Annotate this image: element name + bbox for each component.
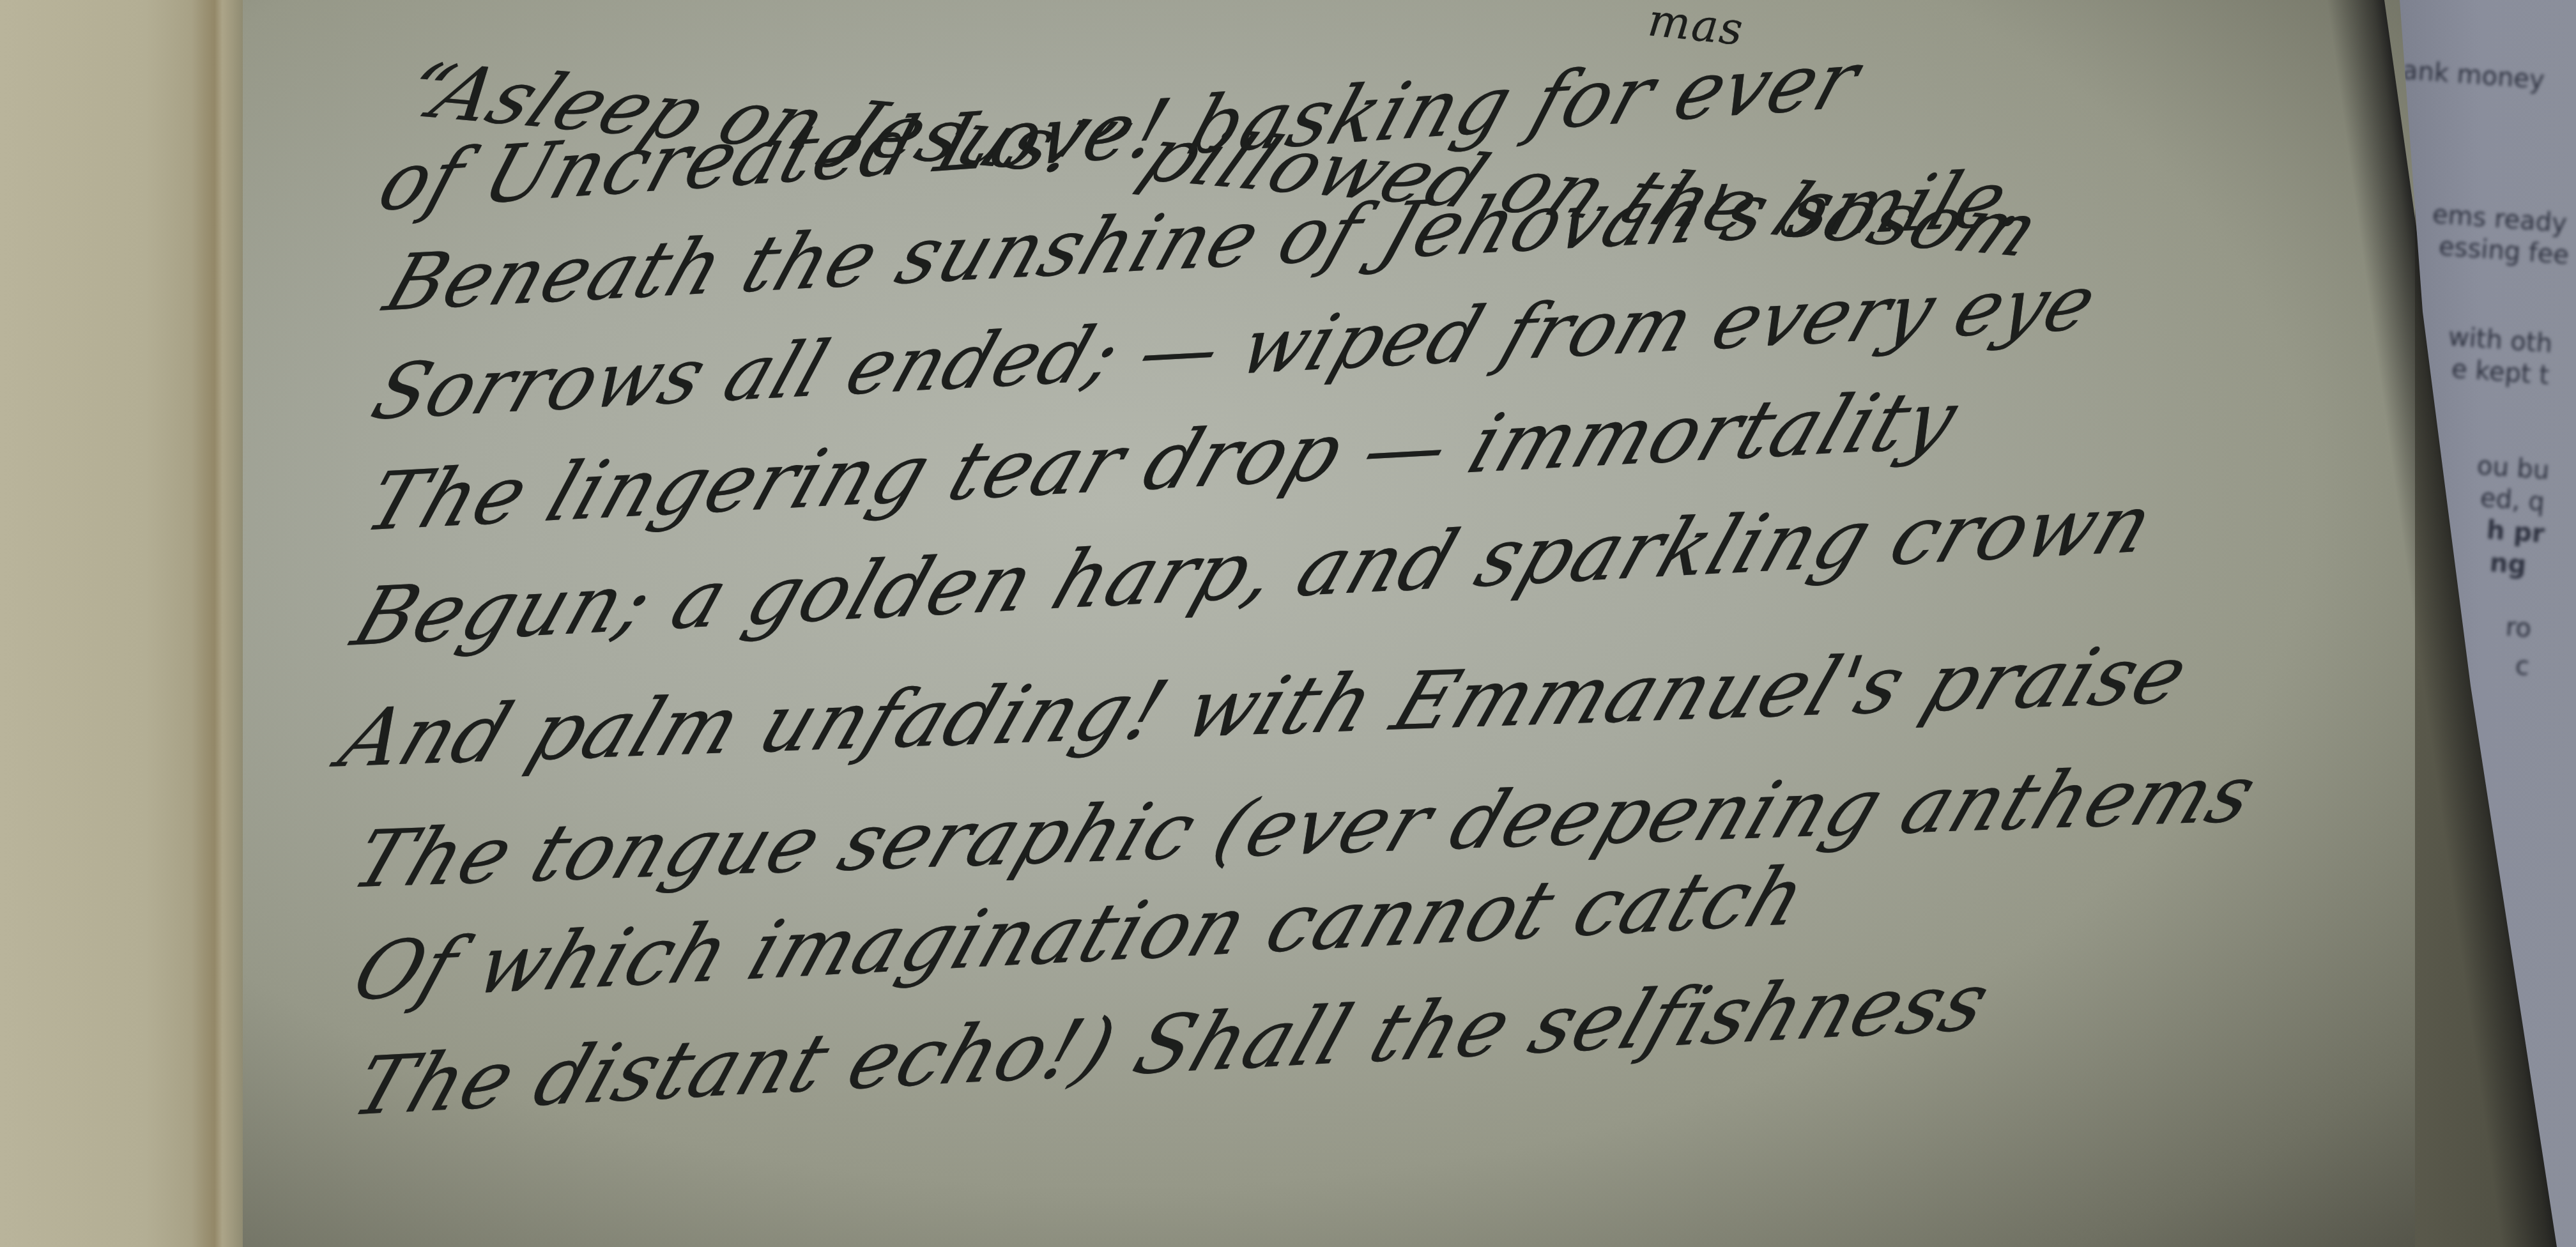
printed-fragment: e kept t (2451, 355, 2550, 391)
printed-fragment: h pr (2486, 516, 2546, 549)
handwritten-text: mas “Asleep on Jesus!” pillowed on the b… (0, 0, 2576, 1247)
printed-fragment: essing fee (2438, 232, 2570, 270)
printed-fragment: c (2514, 651, 2530, 681)
printed-fragment: ank money (2402, 56, 2545, 95)
printed-fragment: with oth (2448, 322, 2554, 358)
printed-fragment: ou bu (2476, 451, 2550, 486)
printed-fragment: ed, q (2480, 484, 2546, 517)
printed-fragment: ng (2488, 548, 2527, 580)
photo-scene: mas “Asleep on Jesus!” pillowed on the b… (0, 0, 2576, 1247)
printed-fragment: ro (2504, 613, 2532, 644)
